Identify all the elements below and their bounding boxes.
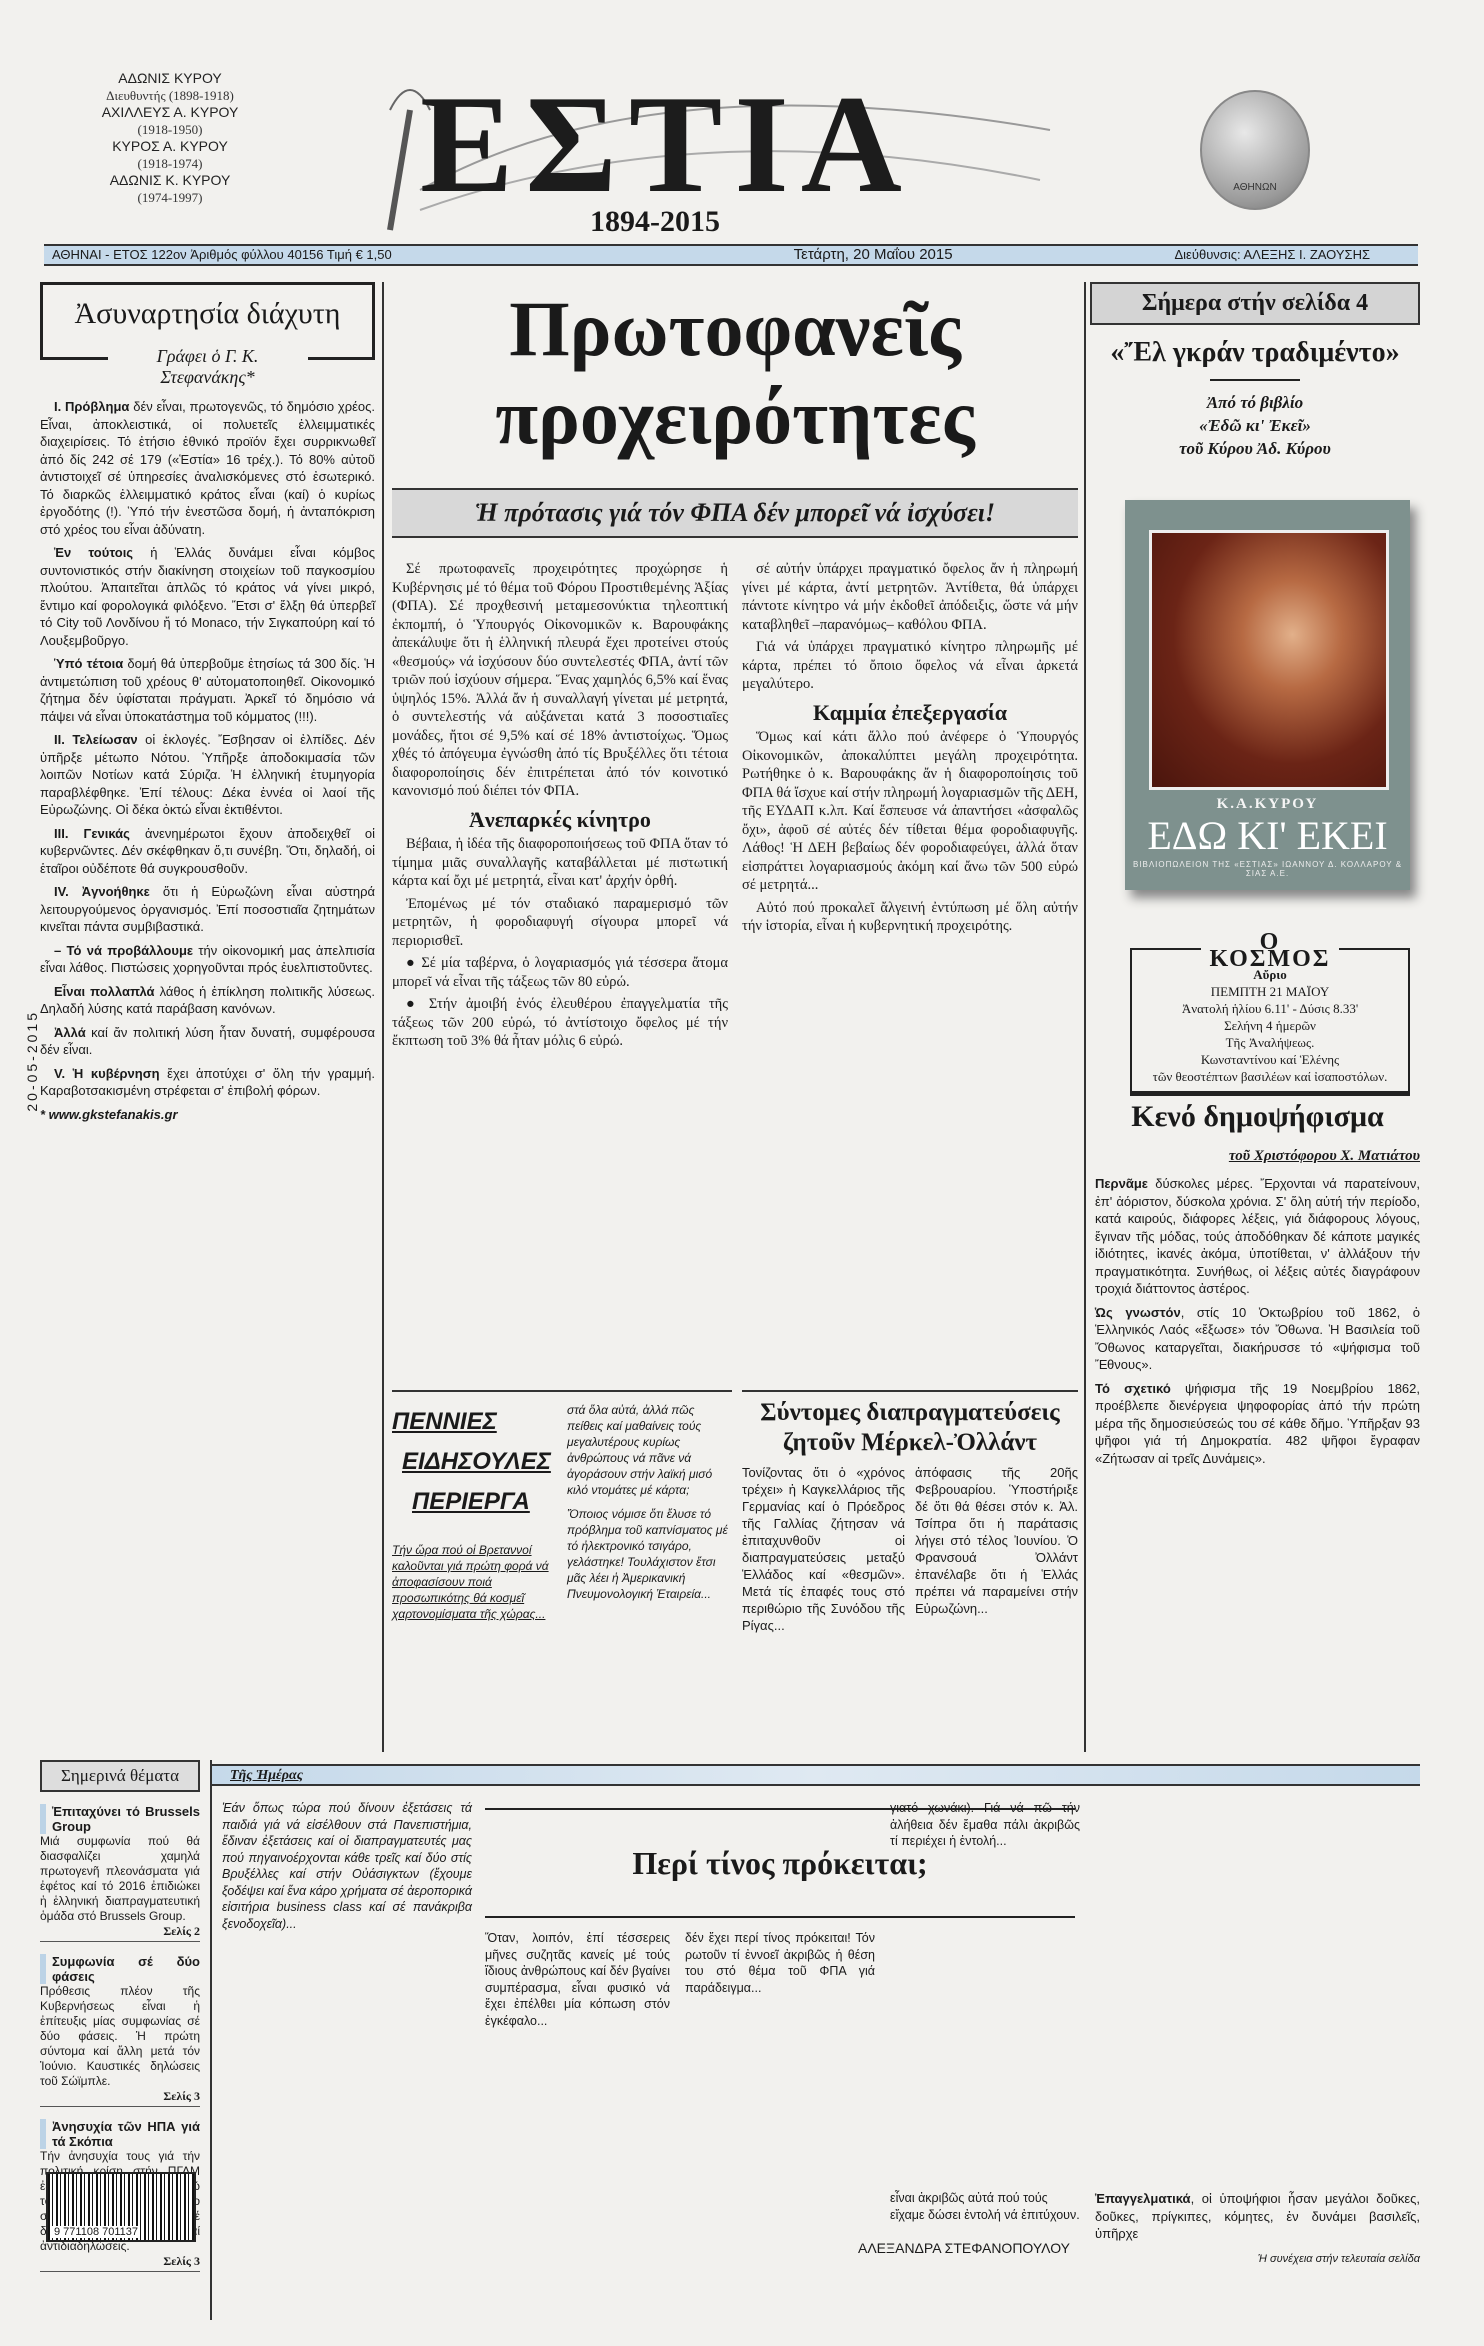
- main-article-col2: σέ αὐτήν ὑπάρχει πραγματικό ὄφελος ἄν ἡ …: [742, 560, 1078, 940]
- main-article-col1: Σέ πρωτοφανεῖς προχειρότητες προχώρησε ἡ…: [392, 560, 728, 1055]
- paragraph: ΙΙ. Τελείωσαν οἱ ἐκλογές. Ἔσβησαν οἱ ἐλπ…: [40, 731, 375, 819]
- founder-3-name: ΚΥΡΟΣ Α. ΚΥΡΟΥ: [40, 138, 300, 155]
- seal-text: ΑΘΗΝΩΝ: [1233, 182, 1276, 193]
- newspaper-years: 1894-2015: [590, 205, 720, 239]
- founder-4-name: ΑΔΩΝΙΣ Κ. ΚΥΡΟΥ: [40, 172, 300, 189]
- pennies-section: ΠΕΝΝΙΕΣ ΕΙΔΗΣΟΥΛΕΣ ΠΕΡΙΕΡΓΑ Τήν ὥρα πού …: [392, 1390, 732, 1622]
- main-subhead: Ἡ πρότασις γιά τόν ΦΠΑ δέν μπορεῖ νά ἰσχ…: [392, 488, 1078, 538]
- paragraph: Τό σχετικό ψήφισμα τῆς 19 Νοεμβρίου 1862…: [1095, 1380, 1420, 1468]
- founder-3-years: (1918-1974): [40, 155, 300, 172]
- newspaper-logo: ΕΣΤΙΑ 1894-2015: [380, 70, 1080, 230]
- paragraph: – Τό νά προβάλλουμε τήν οἰκονομική μας ἀ…: [40, 942, 375, 977]
- topic-text: Μιά συμφωνία πού θά διασφαλίζει χαμηλά π…: [40, 1834, 200, 1924]
- book-publisher: ΒΙΒΛΙΟΠΩΛΕΙΟΝ ΤΗΣ «ΕΣΤΙΑΣ» ΙΩΑΝΝΟΥ Δ. ΚΟ…: [1125, 860, 1410, 878]
- bottom-col5: εἶναι ἀκριβῶς αὐτά πού τούς εἴχαμε δώσει…: [890, 2190, 1080, 2223]
- paragraph: Ι. Πρόβλημα δέν εἶναι, πρωτογενῶς, τό δη…: [40, 398, 375, 538]
- headline-line-2: προχειρότητες: [390, 373, 1080, 461]
- paragraph: Ἐν τούτοις ἡ Ἑλλάς δυνάμει εἶναι κόμβος …: [40, 544, 375, 649]
- merkel-col2: ἀπόφασις τῆς 20ῆς Φεβρουαρίου. Ὑποστήριξ…: [915, 1464, 1078, 1634]
- bottom-col2: Ὅταν, λοιπόν, ἐπί τέσσερεις μῆνες συζητᾶ…: [485, 1930, 670, 2029]
- kosmos-feast: Τῆς Ἀναλήψεως.: [1136, 1034, 1404, 1051]
- merkel-col1: Τονίζοντας ὅτι ὁ «χρόνος τρέχει» ἡ Καγκε…: [742, 1464, 905, 1634]
- book-title: ΕΔΩ ΚΙ' ΕΚΕΙ: [1125, 812, 1410, 859]
- left-article: Ἀσυναρτησία διάχυτη Γράφει ὁ Γ. Κ. Στεφα…: [40, 282, 375, 1129]
- kosmos-saints: Κωνσταντίνου καί Ἑλένης: [1136, 1051, 1404, 1068]
- barcode-number: 9 771108 701137: [52, 2226, 140, 2238]
- merkel-article: Σύντομες διαπραγματεύσεις ζητοῦν Μέρκελ-…: [742, 1390, 1078, 1634]
- kosmos-sun: Ἀνατολή ἡλίου 6.11' - Δύσις 8.33': [1136, 1000, 1404, 1017]
- today-page-4[interactable]: Σήμερα στήν σελίδα 4: [1090, 282, 1420, 325]
- paragraph: Εἶναι πολλαπλά λάθος ἡ ἐπίκληση πολιτικῆ…: [40, 983, 375, 1018]
- issue-info: ΑΘΗΝΑΙ - ΕΤΟΣ 122ον Ἀριθμός φύλλου 40156…: [52, 246, 392, 264]
- info-bar: ΑΘΗΝΑΙ - ΕΤΟΣ 122ον Ἀριθμός φύλλου 40156…: [44, 244, 1418, 266]
- today-topics-header: Σημερινά θέματα: [40, 1760, 200, 1792]
- kosmos-day: ΠΕΜΠΤΗ 21 ΜΑΪΟΥ: [1136, 983, 1404, 1000]
- paragraph: Γιά νά ὑπάρχει πραγματικό κίνητρο πληρωμ…: [742, 638, 1078, 694]
- kosmos-title: Ο ΚΟΣΜΟΣ: [1201, 934, 1339, 968]
- paragraph: Ἐπομένως μέ τόν σταδιακό παραμερισμό τῶν…: [392, 895, 728, 951]
- paragraph: V. Ἡ κυβέρνηση ἔχει ἀποτύχει σ' ὅλη τήν …: [40, 1065, 375, 1100]
- subtitle: Καμμία ἐπεξεργασία: [742, 704, 1078, 723]
- divider: [1210, 379, 1300, 381]
- kenos-byline: τοῦ Χριστόφορου Χ. Ματιάτου: [1095, 1148, 1420, 1165]
- newspaper-title: ΕΣΤΙΑ: [420, 70, 914, 220]
- pennies-title: ΠΕΡΙΕΡΓΑ: [392, 1482, 552, 1522]
- side-date: 20-05-2015: [24, 1010, 40, 1112]
- topic-title: Συμφωνία σέ δύο φάσεις: [40, 1954, 200, 1984]
- founder-2-name: ΑΧΙΛΛΕΥΣ Α. ΚΥΡΟΥ: [40, 104, 300, 121]
- pennies-item: στά ὅλα αὐτά, ἀλλά πῶς πείθεις καί μαθαί…: [567, 1402, 732, 1498]
- book-author: Κ.Α.ΚΥΡΟΥ: [1125, 796, 1410, 813]
- topic-page: Σελίς 3: [40, 2254, 200, 2272]
- main-headline: Πρωτοφανεῖς προχειρότητες: [390, 285, 1080, 461]
- section-label: Τῆς Ἡμέρας: [230, 1768, 303, 1783]
- merkel-title: Σύντομες διαπραγματεύσεις ζητοῦν Μέρκελ-…: [742, 1398, 1078, 1458]
- footnote-link[interactable]: * www.gkstefanakis.gr: [40, 1106, 375, 1124]
- barcode-icon: 9 771108 701137: [46, 2172, 196, 2242]
- founder-1-name: ΑΔΩΝΙΣ ΚΥΡΟΥ: [40, 70, 300, 87]
- kenos-article: Κενό δημοψήφισμα τοῦ Χριστόφορου Χ. Ματι…: [1095, 1100, 1420, 1467]
- paragraph: Ἀλλά καί ἄν πολιτική λύση ἦταν δυνατή, σ…: [40, 1024, 375, 1059]
- pennies-item: Τήν ὥρα πού οἱ Βρεταννοί καλοῦνται γιά π…: [392, 1542, 552, 1622]
- madonna-painting: [1149, 530, 1389, 790]
- topic-item[interactable]: Συμφωνία σέ δύο φάσεις Πρόθεσις πλέον τῆ…: [40, 1954, 200, 2107]
- paragraph: IV. Ἀγνοήθηκε ὅτι ἡ Εὐρωζώνη εἶναι αὐστη…: [40, 883, 375, 936]
- paragraph: Βέβαια, ἡ ἰδέα τῆς διαφοροποιήσεως τοῦ Φ…: [392, 835, 728, 891]
- kenos-title: Κενό δημοψήφισμα: [1095, 1100, 1420, 1134]
- founders-list: ΑΔΩΝΙΣ ΚΥΡΟΥ Διευθυντής (1898-1918) ΑΧΙΛ…: [40, 70, 300, 206]
- paragraph: Αὐτό πού προκαλεῖ ἄλγεινή ἐντύπωση μέ ὅλ…: [742, 899, 1078, 936]
- pennies-title: ΠΕΝΝΙΕΣ: [392, 1402, 552, 1442]
- topic-item[interactable]: Ἐπιταχύνει τό Brussels Group Μιά συμφωνί…: [40, 1804, 200, 1942]
- issue-date: Τετάρτη, 20 Μαΐου 2015: [794, 246, 953, 264]
- director: Διεύθυνσις: ΑΛΕΞΗΣ Ι. ΖΑΟΥΣΗΣ: [1174, 246, 1370, 264]
- pennies-item: Ὅποιος νόμισε ὅτι ἔλυσε τό πρόβλημα τοῦ …: [567, 1506, 732, 1602]
- founder-1-years: Διευθυντής (1898-1918): [40, 87, 300, 104]
- paragraph: Ὡς γνωστόν, στίς 10 Ὀκτωβρίου τοῦ 1862, …: [1095, 1304, 1420, 1374]
- bottom-col3: δέν ἔχει περί τίνος πρόκειται! Τόν ρωτοῦ…: [685, 1930, 875, 1996]
- kosmos-box: Ο ΚΟΣΜΟΣ Αὔριο ΠΕΜΠΤΗ 21 ΜΑΪΟΥ Ἀνατολή ἡ…: [1130, 948, 1410, 1096]
- column-divider: [210, 1760, 212, 2320]
- pennies-title: ΕΙΔΗΣΟΥΛΕΣ: [392, 1442, 552, 1482]
- kosmos-saints: τῶν θεοστέπτων βασιλέων καί ἰσαποστόλων.: [1136, 1068, 1404, 1085]
- founder-4-years: (1974-1997): [40, 189, 300, 206]
- headline-line-1: Πρωτοφανεῖς: [390, 285, 1080, 373]
- athens-seal-icon: ΑΘΗΝΩΝ: [1200, 90, 1310, 210]
- paragraph: ΙΙΙ. Γενικάς ἀνενημέρωτοι ἔχουν ἀποδειχθ…: [40, 825, 375, 878]
- paragraph: ● Στήν ἀμοιβή ἑνός ἐλευθέρου ἐπαγγελματί…: [392, 995, 728, 1051]
- founder-2-years: (1918-1950): [40, 121, 300, 138]
- topic-title: Ἀνησυχία τῶν ΗΠΑ γιά τά Σκόπια: [40, 2119, 200, 2149]
- left-article-byline: Γράφει ὁ Γ. Κ. Στεφανάκης*: [108, 346, 308, 388]
- right-column: Σήμερα στήν σελίδα 4 «Ἔλ γκράν τραδιμέντ…: [1090, 282, 1420, 460]
- topic-text: Πρόθεσις πλέον τῆς Κυβερνήσεως εἶναι ἡ ἐ…: [40, 1984, 200, 2089]
- paragraph: Σέ πρωτοφανεῖς προχειρότητες προχώρησε ἡ…: [392, 560, 728, 801]
- continued-link[interactable]: Ἡ συνέχεια στήν τελευταία σελίδα: [1095, 2251, 1420, 2269]
- book-cover-image: Κ.Α.ΚΥΡΟΥ ΕΔΩ ΚΙ' ΕΚΕΙ ΒΙΒΛΙΟΠΩΛΕΙΟΝ ΤΗΣ…: [1125, 500, 1410, 890]
- subtitle: Ἀνεπαρκές κίνητρο: [392, 811, 728, 830]
- column-divider: [1084, 282, 1086, 1752]
- paragraph: Ὑπό τέτοια δομή θά ὑπερβοῦμε ἐτησίως τά …: [40, 655, 375, 725]
- bottom-col4: γιατό χωνάκι). Γιά νά πῶ τήν ἀλήθεια δέν…: [890, 1800, 1080, 1850]
- paragraph: σέ αὐτήν ὑπάρχει πραγματικό ὄφελος ἄν ἡ …: [742, 560, 1078, 634]
- kosmos-moon: Σελήνη 4 ἡμερῶν: [1136, 1017, 1404, 1034]
- paragraph: Ὅμως καί κάτι ἄλλο πού ἀνέφερε ὁ Ὑπουργό…: [742, 728, 1078, 895]
- tis-imeras-band: Τῆς Ἡμέρας: [210, 1764, 1420, 1786]
- feature-subtitle: Ἀπό τό βιβλίο «Ἐδῶ κι' Ἐκεῖ» τοῦ Κύρου Ἀ…: [1090, 391, 1420, 460]
- column-divider: [382, 282, 384, 1752]
- author-signature: ΑΛΕΞΑΝΔΡΑ ΣΤΕΦΑΝΟΠΟΥΛΟΥ: [750, 2240, 1080, 2256]
- topic-page: Σελίς 3: [40, 2089, 200, 2107]
- paragraph: ● Σέ μία ταβέρνα, ὁ λογαριασμός γιά τέσσ…: [392, 954, 728, 991]
- topic-title: Ἐπιταχύνει τό Brussels Group: [40, 1804, 200, 1834]
- bottom-col1: Ἐάν ὅπως τώρα πού δίνουν ἐξετάσεις τά πα…: [222, 1800, 472, 1932]
- feature-title: «Ἔλ γκράν τραδιμέντο»: [1090, 337, 1420, 369]
- kenos-end: Ἐπαγγελματικά, οἱ ὑποψήφιοι ἦσαν μεγάλοι…: [1095, 2190, 1420, 2268]
- topic-page: Σελίς 2: [40, 1924, 200, 1942]
- paragraph: Περνᾶμε δύσκολες μέρες. Ἔρχονται νά παρα…: [1095, 1175, 1420, 1298]
